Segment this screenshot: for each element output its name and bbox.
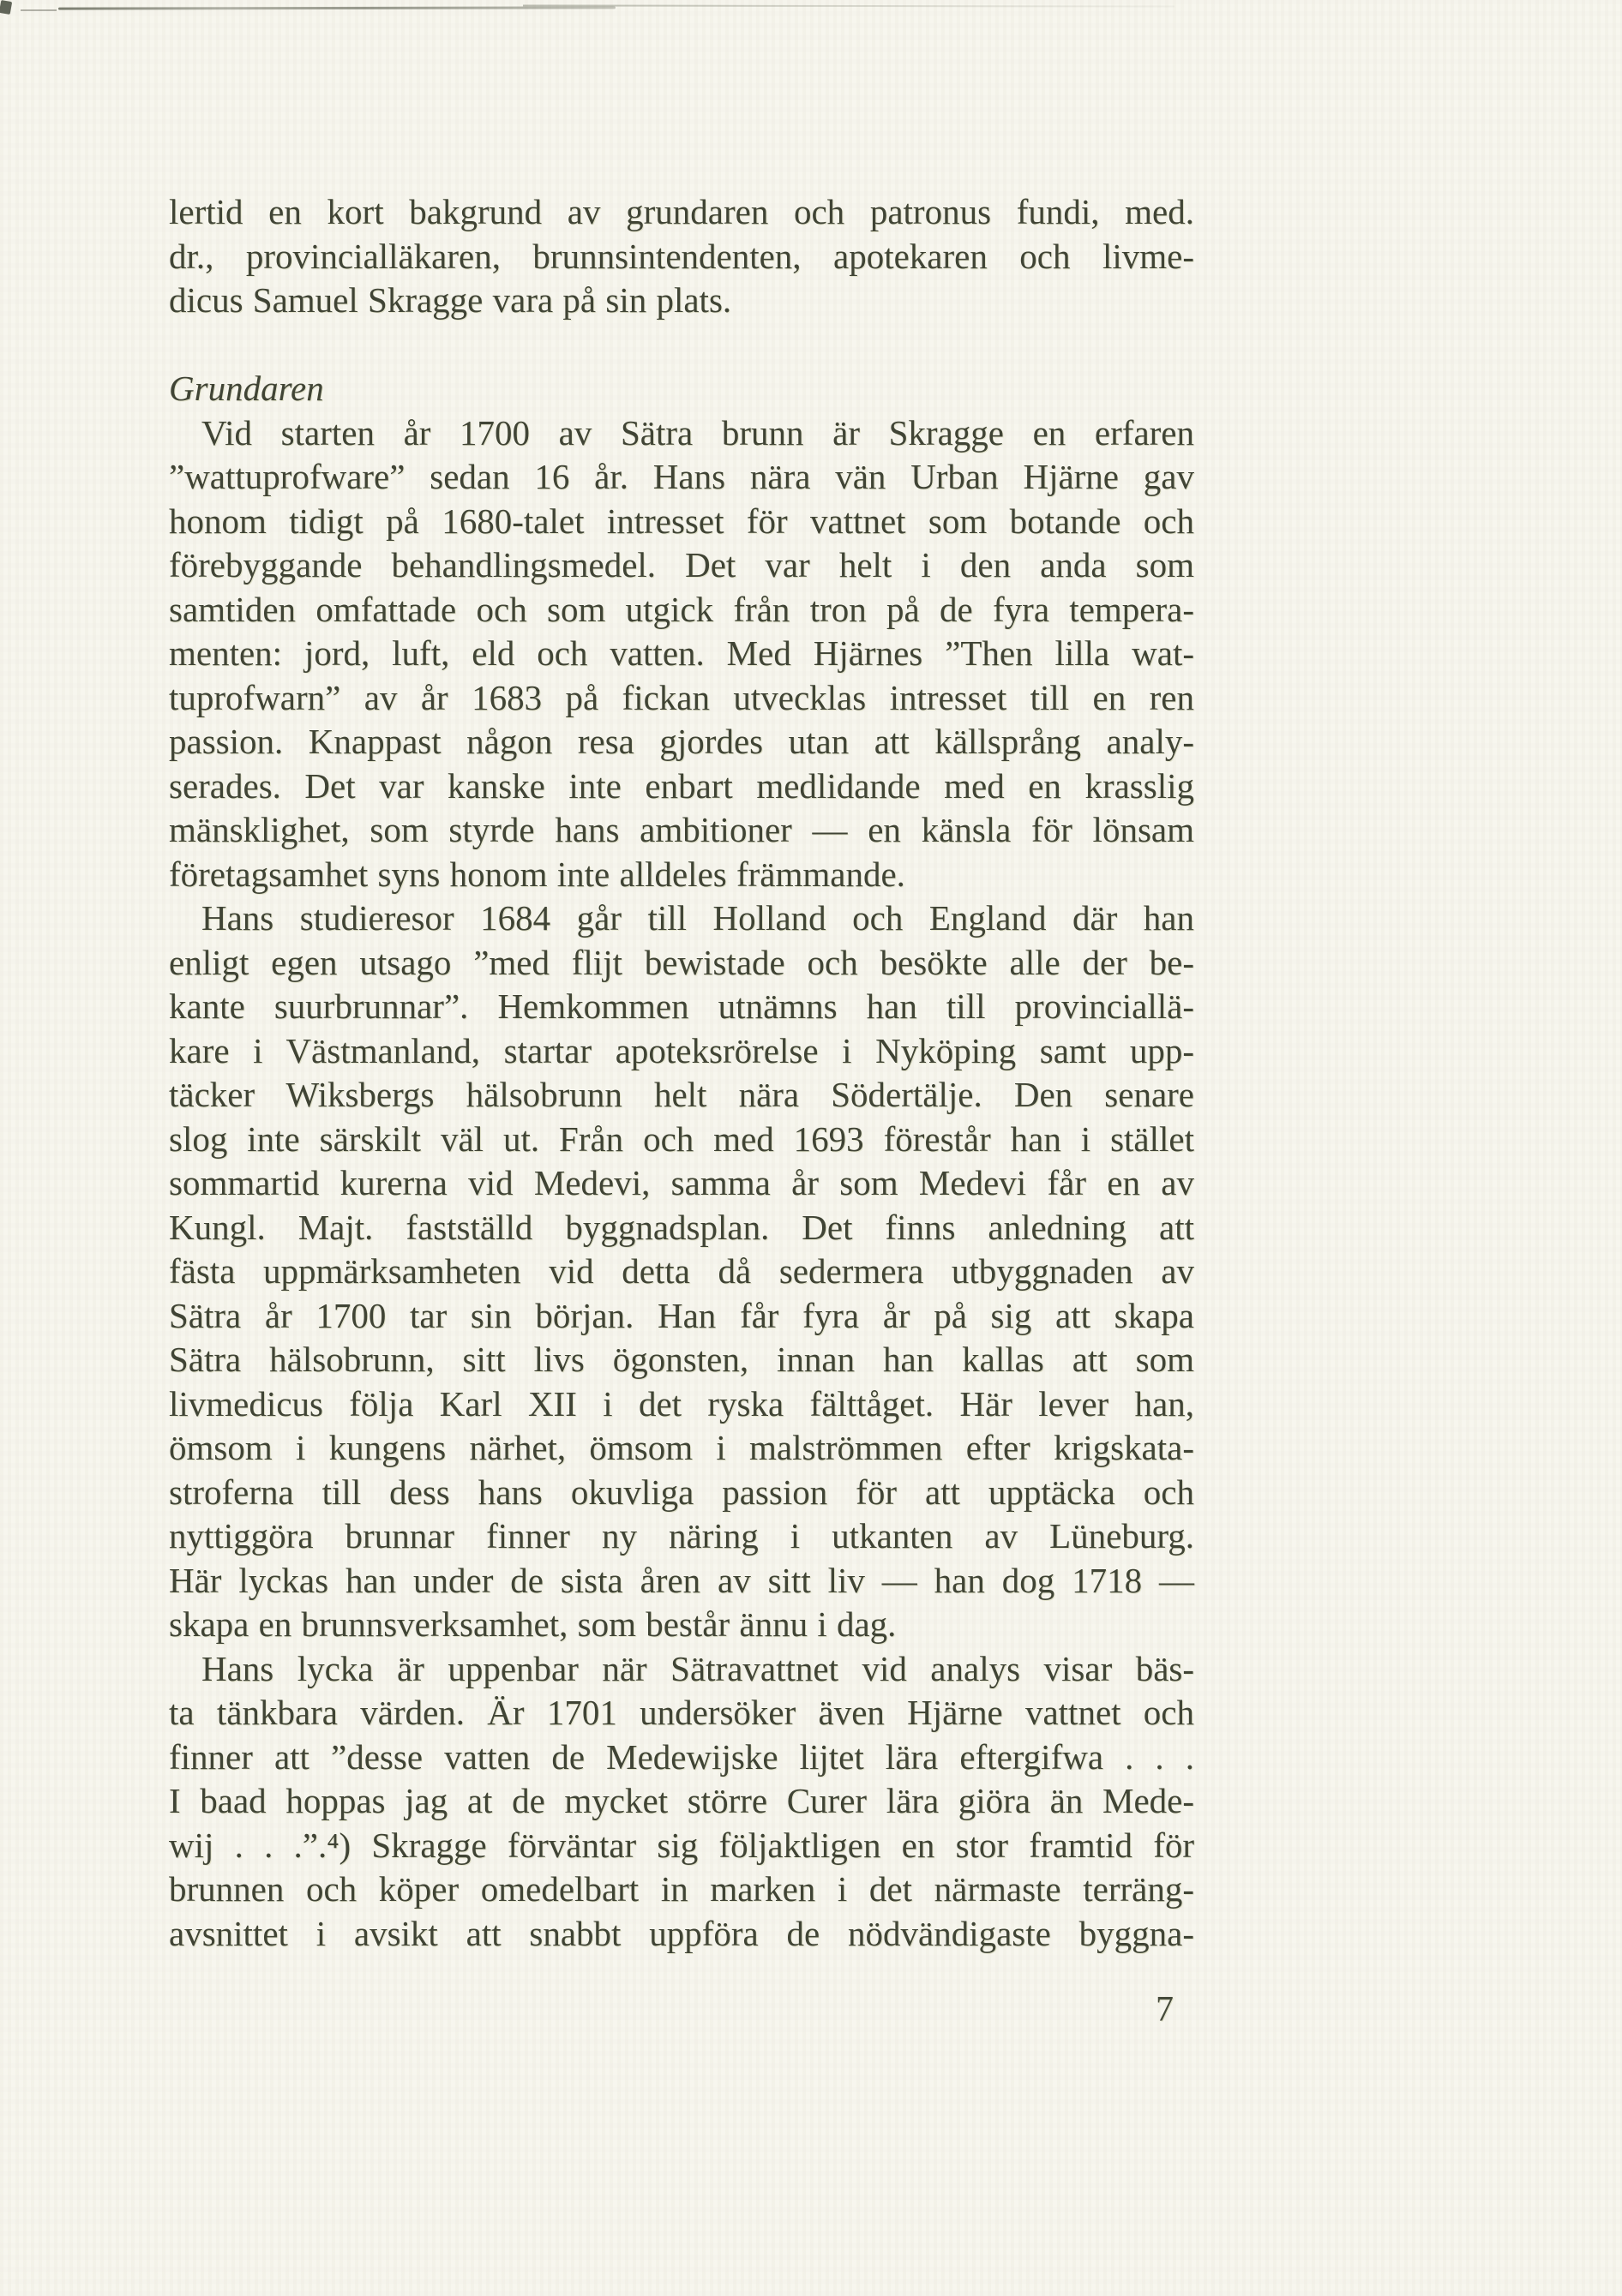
scan-corner-artifact <box>0 0 12 15</box>
text-line: förebyggande behandlingsmedel. Det var h… <box>169 543 1194 588</box>
section-heading: Grundaren <box>169 367 1194 411</box>
text-line: enligt egen utsago ”med flijt bewistade … <box>169 941 1194 986</box>
text-line: finner att ”desse vatten de Medewijske l… <box>169 1735 1194 1780</box>
scan-line-artifact <box>523 4 1174 7</box>
blank-line <box>169 323 1194 368</box>
scan-line-artifact <box>58 6 616 9</box>
text-line: täcker Wiksbergs hälsobrunn helt nära Sö… <box>169 1073 1194 1118</box>
text-line: Hans lycka är uppenbar när Sätravattnet … <box>169 1647 1194 1692</box>
text-line: brunnen och köper omedelbart in marken i… <box>169 1867 1194 1912</box>
page-number: 7 <box>169 1988 1194 2033</box>
scan-line-artifact <box>21 9 57 11</box>
text-line: Hans studieresor 1684 går till Holland o… <box>169 896 1194 941</box>
text-line: serades. Det var kanske inte enbart medl… <box>169 764 1194 809</box>
text-line: Sätra hälsobrunn, sitt livs ögonsten, in… <box>169 1338 1194 1382</box>
book-page: lertid en kort bakgrund av grundaren och… <box>0 0 1622 2296</box>
text-line: mänsklighet, som styrde hans ambitioner … <box>169 808 1194 853</box>
text-line: passion. Knappast någon resa gjordes uta… <box>169 720 1194 764</box>
text-line: ta tänkbara värden. Är 1701 undersöker ä… <box>169 1691 1194 1735</box>
text-line: wij . . .”.⁴) Skragge förväntar sig följ… <box>169 1824 1194 1868</box>
text-line: menten: jord, luft, eld och vatten. Med … <box>169 632 1194 676</box>
text-line: Sätra år 1700 tar sin början. Han får fy… <box>169 1294 1194 1339</box>
text-line: dicus Samuel Skragge vara på sin plats. <box>169 279 1194 323</box>
text-line: avsnittet i avsikt att snabbt uppföra de… <box>169 1912 1194 1957</box>
text-line: stroferna till dess hans okuvliga passio… <box>169 1471 1194 1515</box>
text-line: lertid en kort bakgrund av grundaren och… <box>169 190 1194 235</box>
page-text-block: lertid en kort bakgrund av grundaren och… <box>169 190 1194 1956</box>
text-line: företagsamhet syns honom inte alldeles f… <box>169 853 1194 897</box>
text-line: kare i Västmanland, startar apoteksrörel… <box>169 1029 1194 1074</box>
text-line: honom tidigt på 1680-talet intresset för… <box>169 500 1194 544</box>
text-line: skapa en brunnsverksamhet, som består än… <box>169 1603 1194 1647</box>
text-line: sommartid kurerna vid Medevi, samma år s… <box>169 1161 1194 1206</box>
text-line: I baad hoppas jag at de mycket större Cu… <box>169 1779 1194 1824</box>
text-line: ”wattuprofware” sedan 16 år. Hans nära v… <box>169 455 1194 500</box>
text-line: samtiden omfattade och som utgick från t… <box>169 588 1194 632</box>
text-line: kante suurbrunnar”. Hemkommen utnämns ha… <box>169 985 1194 1029</box>
text-line: Här lyckas han under de sista åren av si… <box>169 1559 1194 1604</box>
text-line: fästa uppmärksamheten vid detta då seder… <box>169 1250 1194 1294</box>
text-line: ömsom i kungens närhet, ömsom i malström… <box>169 1426 1194 1471</box>
text-line: tuprofwarn” av år 1683 på fickan utveckl… <box>169 676 1194 721</box>
text-line: livmedicus följa Karl XII i det ryska fä… <box>169 1382 1194 1427</box>
text-line: slog inte särskilt väl ut. Från och med … <box>169 1118 1194 1162</box>
text-line: dr., provincialläkaren, brunnsintendente… <box>169 235 1194 279</box>
text-line: nyttiggöra brunnar finner ny näring i ut… <box>169 1514 1194 1559</box>
text-line: Kungl. Majt. fastställd byggnadsplan. De… <box>169 1206 1194 1250</box>
text-line: Vid starten år 1700 av Sätra brunn är Sk… <box>169 411 1194 456</box>
